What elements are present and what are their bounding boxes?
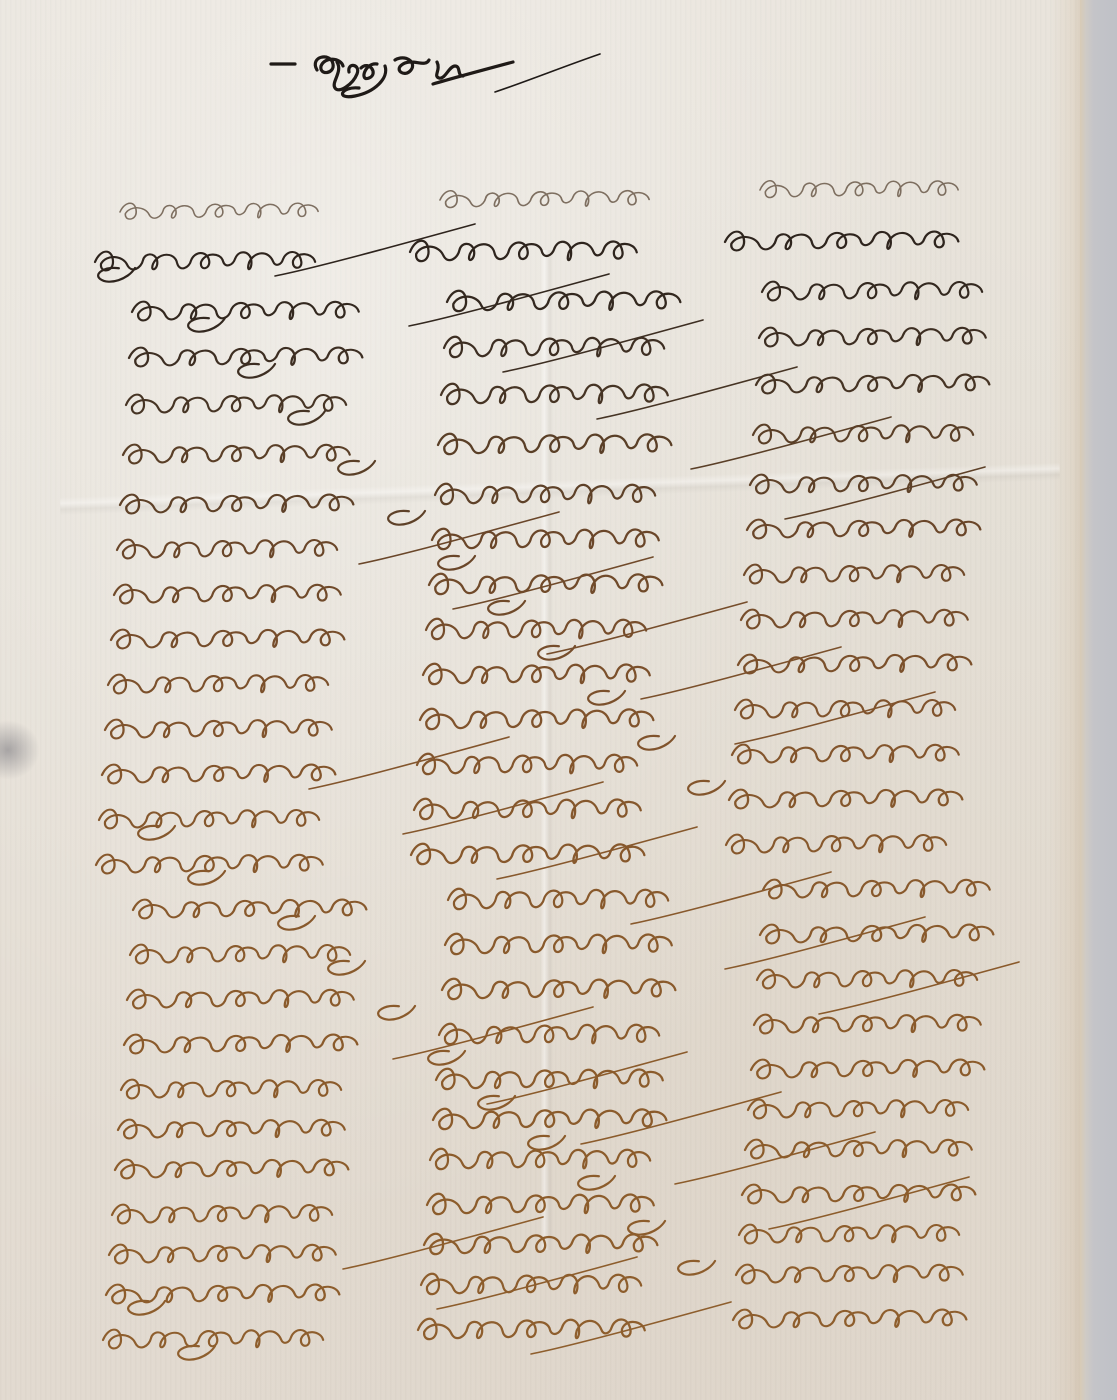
- manuscript-line-3: [132, 274, 983, 333]
- manuscript-line-19: [124, 1007, 981, 1066]
- manuscript-line-17: [130, 917, 994, 976]
- manuscript-line-5: [126, 367, 990, 426]
- manuscript-line-6: [123, 417, 974, 476]
- manuscript-line-12: [105, 692, 956, 751]
- manuscript-line-24: [109, 1217, 960, 1276]
- manuscript-line-4: [129, 320, 986, 379]
- manuscript-line-9: [114, 557, 965, 616]
- manuscript-line-21: [118, 1092, 969, 1151]
- manuscript-line-20: [121, 1052, 985, 1111]
- manuscript-line-2: [95, 224, 959, 283]
- manuscript-line-25: [106, 1257, 963, 1316]
- manuscript-line-22: [115, 1132, 972, 1191]
- manuscript-line-14: [99, 782, 963, 841]
- manuscript-line-13: [102, 737, 959, 796]
- manuscript-line-7: [120, 467, 985, 526]
- manuscript-line-26: [103, 1302, 967, 1361]
- manuscript-line-8: [117, 512, 981, 571]
- manuscript-line-1: [120, 174, 959, 223]
- manuscript-line-23: [112, 1177, 976, 1236]
- manuscript-line-10: [111, 602, 968, 661]
- manuscript-line-15: [96, 827, 947, 886]
- handwritten-body: [0, 0, 1117, 1400]
- manuscript-line-16: [133, 872, 990, 931]
